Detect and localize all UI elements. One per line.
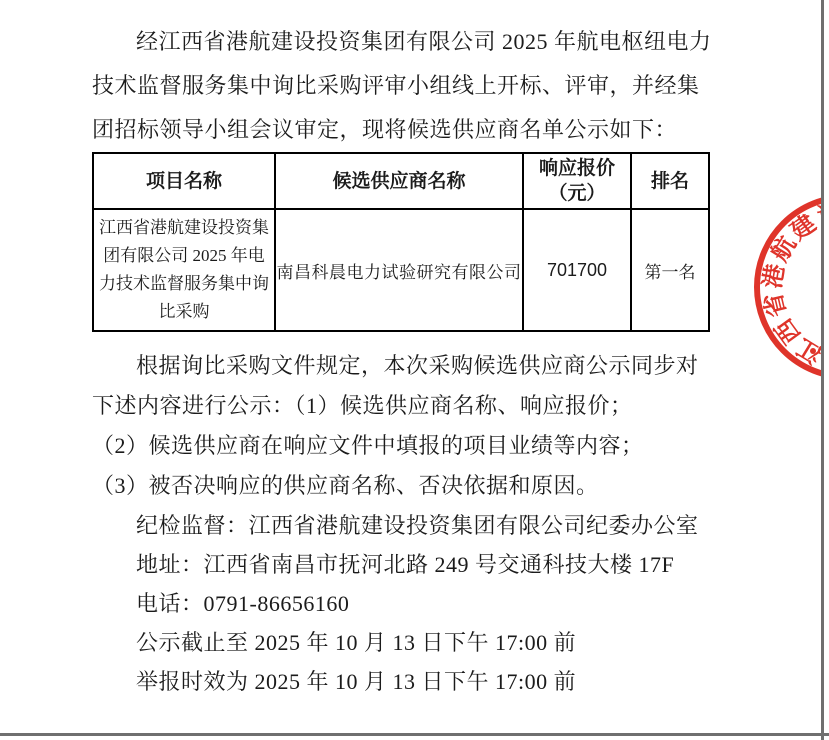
seal-text: 江西省港航建设 <box>759 199 822 368</box>
price-header-line-1: 响应报价 <box>524 156 630 181</box>
project-name-cell: 江西省港航建设投资集团有限公司 2025 年电力技术监督服务集中询比采购 <box>93 209 275 331</box>
scanned-announcement-page: 经江西省港航建设投资集团有限公司 2025 年航电枢纽电力 技术监督服务集中询比… <box>0 0 829 740</box>
discipline-supervision-line: 纪检监督：江西省港航建设投资集团有限公司纪委办公室 <box>92 506 708 545</box>
col-header-response-price: 响应报价 （元） <box>523 153 631 209</box>
disclosure-paragraph: 根据询比采购文件规定，本次采购候选供应商公示同步对 下述内容进行公示：（1）候选… <box>92 346 708 506</box>
intro-line-3: 团招标领导小组会议审定，现将候选供应商名单公示如下： <box>92 108 708 152</box>
col-header-supplier-name: 候选供应商名称 <box>275 153 523 209</box>
seal-graphic: 江西省港航建设 <box>751 189 822 385</box>
report-deadline-line: 举报时效为 2025 年 10 月 13 日下午 17:00 前 <box>92 662 708 701</box>
page-bottom-edge-line <box>0 733 829 736</box>
table-row: 江西省港航建设投资集团有限公司 2025 年电力技术监督服务集中询比采购 南昌科… <box>93 209 709 331</box>
address-line: 地址：江西省南昌市抚河北路 249 号交通科技大楼 17F <box>92 545 708 584</box>
phone-line: 电话：0791-86656160 <box>92 584 708 623</box>
rank-cell: 第一名 <box>631 209 709 331</box>
seal-star-fragment <box>810 348 816 354</box>
response-price-cell: 701700 <box>523 209 631 331</box>
official-seal-stamp: 江西省港航建设 <box>751 189 822 385</box>
page-right-edge-line <box>821 0 824 740</box>
price-header-line-2: （元） <box>524 181 630 206</box>
contact-info-block: 纪检监督：江西省港航建设投资集团有限公司纪委办公室 地址：江西省南昌市抚河北路 … <box>92 506 708 701</box>
table-header-row: 项目名称 候选供应商名称 响应报价 （元） 排名 <box>93 153 709 209</box>
seal-ring <box>757 197 822 377</box>
disclosure-line-3: （2）候选供应商在响应文件中填报的项目业绩等内容； <box>92 426 708 466</box>
disclosure-line-1: 根据询比采购文件规定，本次采购候选供应商公示同步对 <box>92 346 708 386</box>
intro-paragraph: 经江西省港航建设投资集团有限公司 2025 年航电枢纽电力 技术监督服务集中询比… <box>92 20 708 152</box>
publicity-deadline-line: 公示截止至 2025 年 10 月 13 日下午 17:00 前 <box>92 623 708 662</box>
document-body: 经江西省港航建设投资集团有限公司 2025 年航电枢纽电力 技术监督服务集中询比… <box>92 20 708 701</box>
candidate-suppliers-table: 项目名称 候选供应商名称 响应报价 （元） 排名 江西省港航建设投资集团有限公司… <box>92 152 710 332</box>
intro-line-2: 技术监督服务集中询比采购评审小组线上开标、评审，并经集 <box>92 64 708 108</box>
supplier-name-cell: 南昌科晨电力试验研究有限公司 <box>275 209 523 331</box>
intro-line-1: 经江西省港航建设投资集团有限公司 2025 年航电枢纽电力 <box>92 20 708 64</box>
seal-textpath: 江西省港航建设 <box>759 199 822 368</box>
disclosure-line-4: （3）被否决响应的供应商名称、否决依据和原因。 <box>92 466 708 506</box>
disclosure-line-2: 下述内容进行公示：（1）候选供应商名称、响应报价； <box>92 386 708 426</box>
col-header-project-name: 项目名称 <box>93 153 275 209</box>
col-header-rank: 排名 <box>631 153 709 209</box>
